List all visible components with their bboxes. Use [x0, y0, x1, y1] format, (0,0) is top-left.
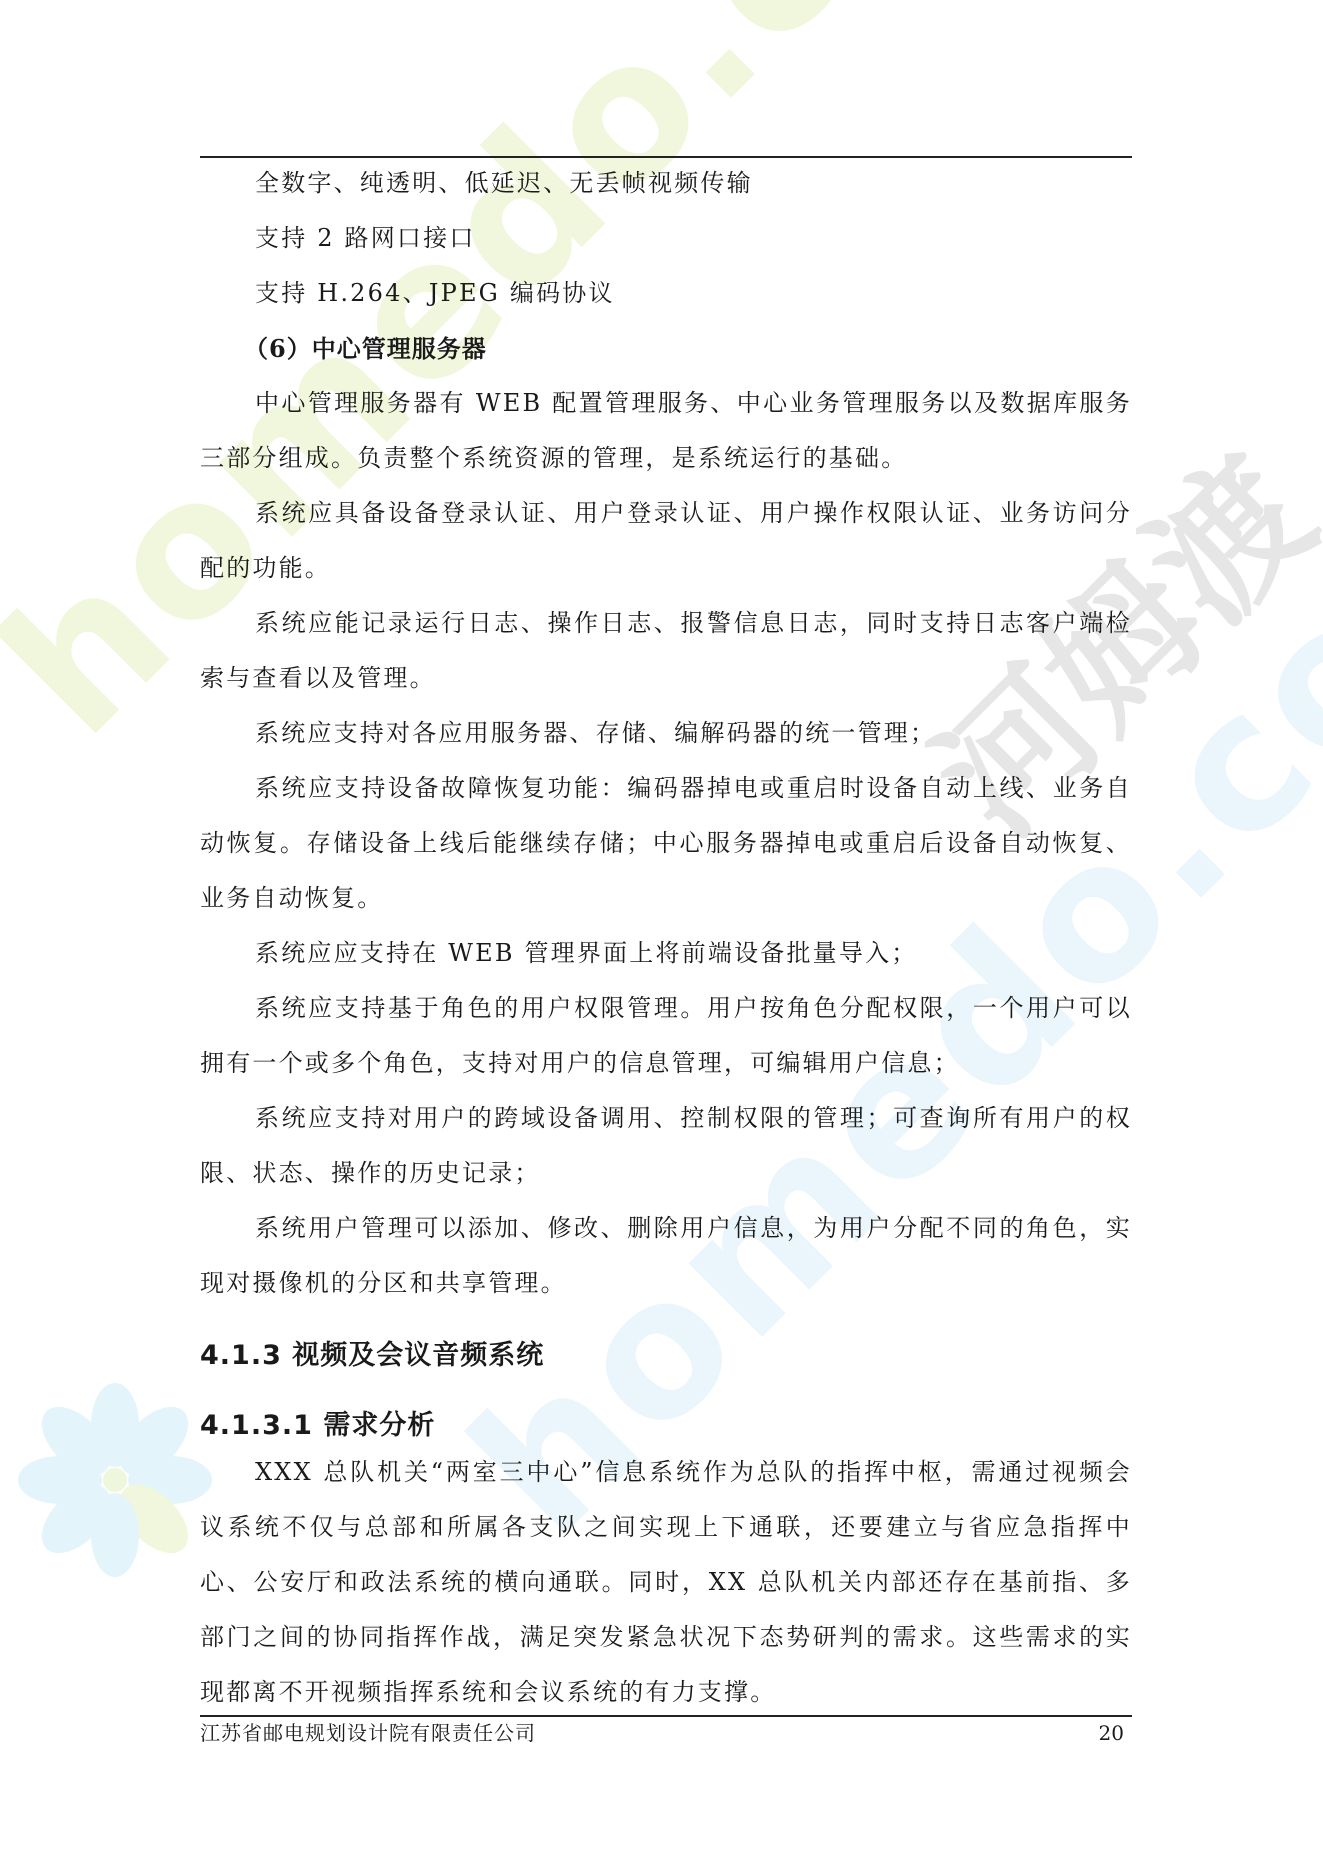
paragraph: 系统应支持对各应用服务器、存储、编解码器的统一管理； — [200, 706, 1132, 761]
footer-company: 江苏省邮电规划设计院有限责任公司 — [200, 1718, 536, 1748]
footer-rule — [200, 1715, 1132, 1717]
section-heading: 4.1.3 视频及会议音频系统 — [200, 1341, 1132, 1371]
spec-line: 全数字、纯透明、低延迟、无丢帧视频传输 — [200, 156, 1132, 211]
subsubsection-heading: 4.1.3.1 需求分析 — [200, 1411, 1132, 1441]
paragraph: 系统应支持设备故障恢复功能：编码器掉电或重启时设备自动上线、业务自动恢复。存储设… — [200, 761, 1132, 926]
watermark-flower-icon — [15, 1380, 215, 1580]
page-number: 20 — [1099, 1718, 1124, 1748]
paragraph: 系统应支持对用户的跨域设备调用、控制权限的管理；可查询所有用户的权限、状态、操作… — [200, 1091, 1132, 1201]
paragraph: 中心管理服务器有 WEB 配置管理服务、中心业务管理服务以及数据库服务三部分组成… — [200, 376, 1132, 486]
spec-line: 支持 2 路网口接口 — [200, 211, 1132, 266]
document-body: 全数字、纯透明、低延迟、无丢帧视频传输 支持 2 路网口接口 支持 H.264、… — [200, 156, 1132, 1720]
paragraph: 系统应能记录运行日志、操作日志、报警信息日志，同时支持日志客户端检索与查看以及管… — [200, 596, 1132, 706]
analysis-paragraph: XXX 总队机关“两室三中心”信息系统作为总队的指挥中枢，需通过视频会议系统不仅… — [200, 1445, 1132, 1720]
paragraph: 系统应具备设备登录认证、用户登录认证、用户操作权限认证、业务访问分配的功能。 — [200, 486, 1132, 596]
paragraph: 系统应支持基于角色的用户权限管理。用户按角色分配权限，一个用户可以拥有一个或多个… — [200, 981, 1132, 1091]
spec-line: 支持 H.264、JPEG 编码协议 — [200, 266, 1132, 321]
page-footer: 江苏省邮电规划设计院有限责任公司 20 — [200, 1718, 1132, 1748]
paragraph: 系统用户管理可以添加、修改、删除用户信息，为用户分配不同的角色，实现对摄像机的分… — [200, 1201, 1132, 1311]
subsection-heading: （6）中心管理服务器 — [200, 321, 1132, 376]
paragraph: 系统应应支持在 WEB 管理界面上将前端设备批量导入； — [200, 926, 1132, 981]
